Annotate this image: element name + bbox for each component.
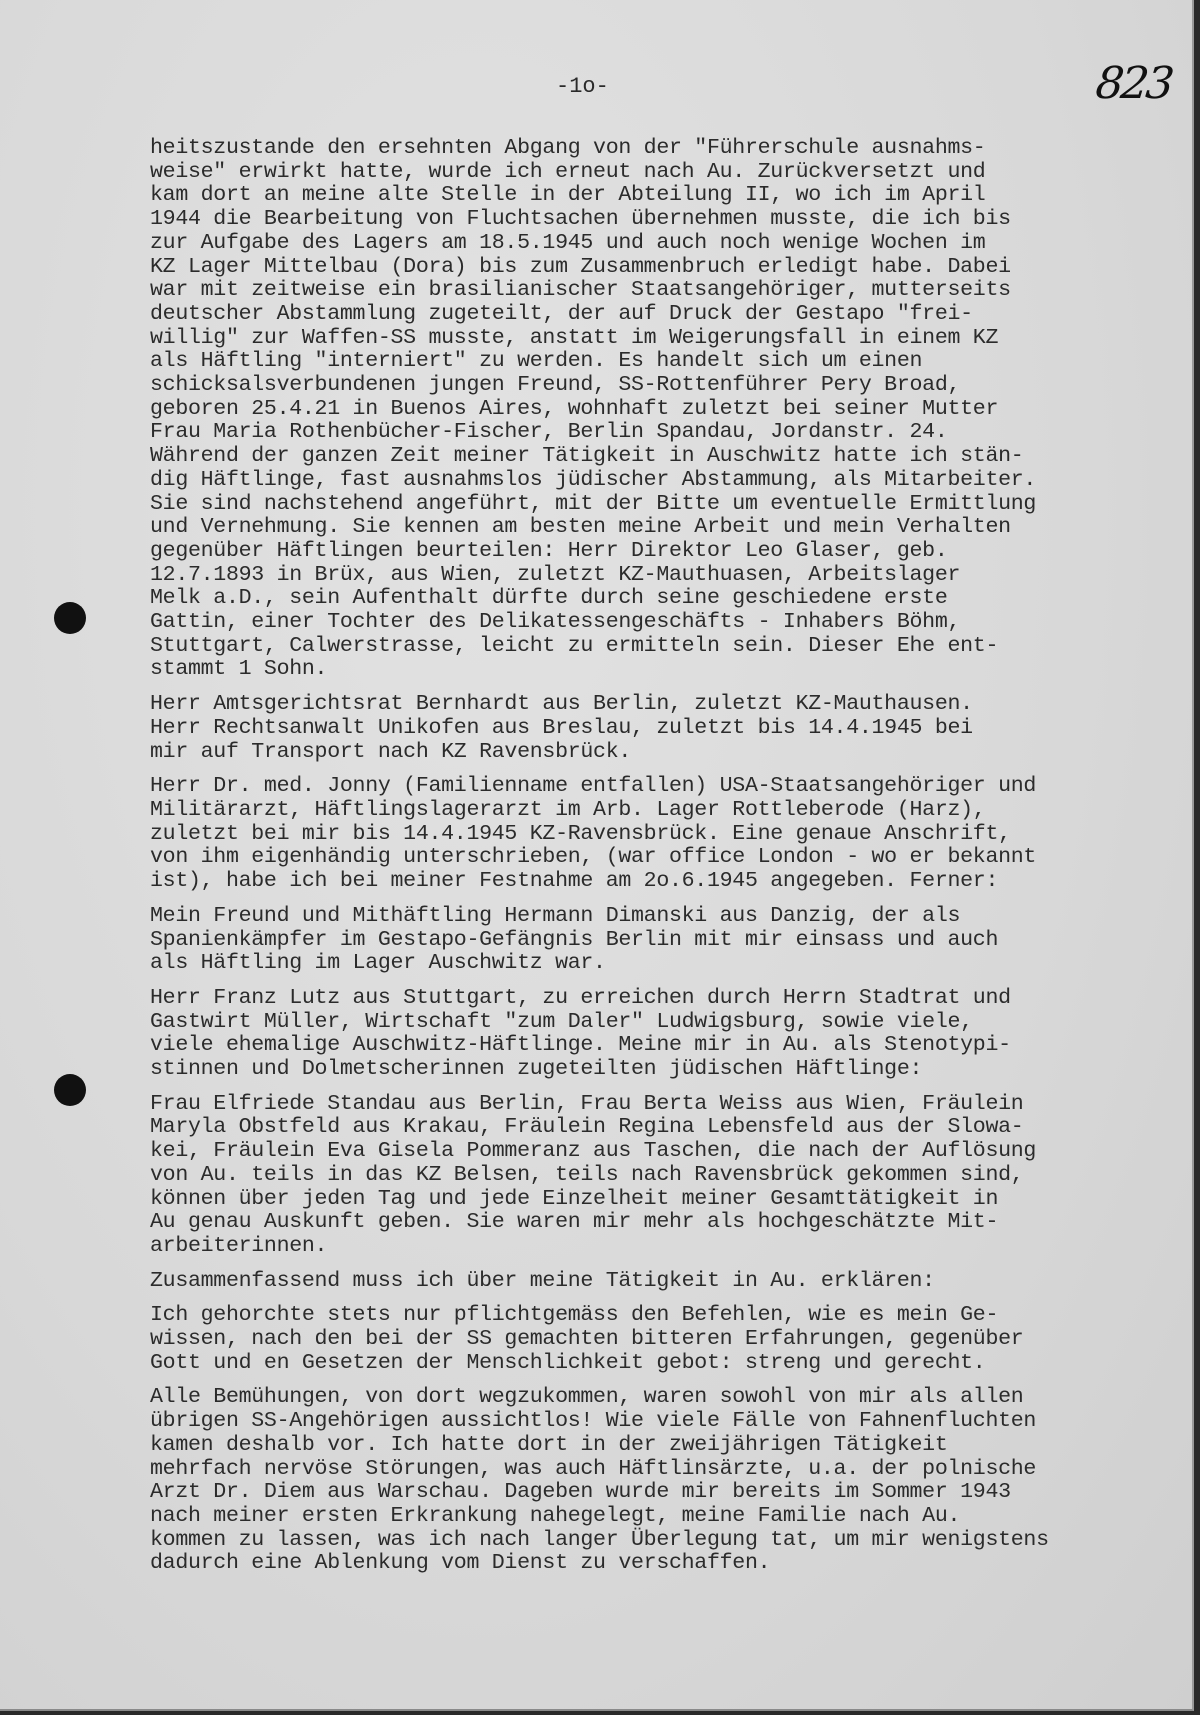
text-line: stinnen und Dolmetscherinnen zugeteilten… xyxy=(150,1058,1190,1082)
text-line: viele ehemalige Auschwitz-Häftlinge. Mei… xyxy=(150,1034,1190,1058)
text-line: Alle Bemühungen, von dort wegzukommen, w… xyxy=(150,1386,1190,1410)
paragraph: Zusammenfassend muss ich über meine Täti… xyxy=(150,1270,1190,1294)
text-line: geboren 25.4.21 in Buenos Aires, wohnhaf… xyxy=(150,398,1190,422)
text-line: als Häftling "interniert" zu werden. Es … xyxy=(150,350,1190,374)
text-line: schicksalsverbundenen jungen Freund, SS-… xyxy=(150,374,1190,398)
text-line: deutscher Abstammlung zugeteilt, der auf… xyxy=(150,303,1190,327)
text-line: gegenüber Häftlingen beurteilen: Herr Di… xyxy=(150,540,1190,564)
text-line: KZ Lager Mittelbau (Dora) bis zum Zusamm… xyxy=(150,256,1190,280)
text-line: stammt 1 Sohn. xyxy=(150,658,1190,682)
document-page: -1o- 823 heitszustande den ersehnten Abg… xyxy=(0,0,1194,1711)
text-line: zur Aufgabe des Lagers am 18.5.1945 und … xyxy=(150,232,1190,256)
paragraph: Herr Amtsgerichtsrat Bernhardt aus Berli… xyxy=(150,693,1190,764)
paragraph: Herr Dr. med. Jonny (Familienname entfal… xyxy=(150,775,1190,894)
page-number: -1o- xyxy=(556,74,609,99)
text-line: 12.7.1893 in Brüx, aus Wien, zuletzt KZ-… xyxy=(150,564,1190,588)
punch-hole-icon xyxy=(54,602,86,634)
text-line: mehrfach nervöse Störungen, was auch Häf… xyxy=(150,1458,1190,1482)
paragraph: Alle Bemühungen, von dort wegzukommen, w… xyxy=(150,1386,1190,1576)
text-line: wissen, nach den bei der SS gemachten bi… xyxy=(150,1328,1190,1352)
punch-hole-icon xyxy=(54,1074,86,1106)
text-line: weise" erwirkt hatte, wurde ich erneut n… xyxy=(150,161,1190,185)
text-line: Gattin, einer Tochter des Delikatessenge… xyxy=(150,611,1190,635)
text-line: mir auf Transport nach KZ Ravensbrück. xyxy=(150,741,1190,765)
text-line: und Vernehmung. Sie kennen am besten mei… xyxy=(150,516,1190,540)
text-line: 1944 die Bearbeitung von Fluchtsachen üb… xyxy=(150,208,1190,232)
text-line: willig" zur Waffen-SS musste, anstatt im… xyxy=(150,327,1190,351)
text-line: Zusammenfassend muss ich über meine Täti… xyxy=(150,1270,1190,1294)
paragraph: Herr Franz Lutz aus Stuttgart, zu erreic… xyxy=(150,987,1190,1082)
typewritten-body: heitszustande den ersehnten Abgang von d… xyxy=(150,137,1190,1587)
text-line: von ihm eigenhändig unterschrieben, (war… xyxy=(150,846,1190,870)
text-line: nach meiner ersten Erkrankung nahegelegt… xyxy=(150,1505,1190,1529)
text-line: kommen zu lassen, was ich nach langer Üb… xyxy=(150,1529,1190,1553)
paragraph: Frau Elfriede Standau aus Berlin, Frau B… xyxy=(150,1093,1190,1259)
text-line: kei, Fräulein Eva Gisela Pommeranz aus T… xyxy=(150,1140,1190,1164)
text-line: Gott und en Gesetzen der Menschlichkeit … xyxy=(150,1352,1190,1376)
text-line: dadurch eine Ablenkung vom Dienst zu ver… xyxy=(150,1552,1190,1576)
text-line: Herr Dr. med. Jonny (Familienname entfal… xyxy=(150,775,1190,799)
text-line: zuletzt bei mir bis 14.4.1945 KZ-Ravensb… xyxy=(150,823,1190,847)
text-line: Frau Maria Rothenbücher-Fischer, Berlin … xyxy=(150,421,1190,445)
paragraph: heitszustande den ersehnten Abgang von d… xyxy=(150,137,1190,682)
text-line: kam dort an meine alte Stelle in der Abt… xyxy=(150,184,1190,208)
text-line: Stuttgart, Calwerstrasse, leicht zu ermi… xyxy=(150,635,1190,659)
text-line: war mit zeitweise ein brasilianischer St… xyxy=(150,279,1190,303)
text-line: Spanienkämpfer im Gestapo-Gefängnis Berl… xyxy=(150,929,1190,953)
text-line: Herr Amtsgerichtsrat Bernhardt aus Berli… xyxy=(150,693,1190,717)
text-line: heitszustande den ersehnten Abgang von d… xyxy=(150,137,1190,161)
text-line: Maryla Obstfeld aus Krakau, Fräulein Reg… xyxy=(150,1116,1190,1140)
text-line: übrigen SS-Angehörigen aussichtlos! Wie … xyxy=(150,1410,1190,1434)
text-line: Sie sind nachstehend angeführt, mit der … xyxy=(150,493,1190,517)
text-line: Mein Freund und Mithäftling Hermann Dima… xyxy=(150,905,1190,929)
text-line: Gastwirt Müller, Wirtschaft "zum Daler" … xyxy=(150,1011,1190,1035)
text-line: Herr Franz Lutz aus Stuttgart, zu erreic… xyxy=(150,987,1190,1011)
text-line: arbeiterinnen. xyxy=(150,1235,1190,1259)
paragraph: Ich gehorchte stets nur pflichtgemäss de… xyxy=(150,1304,1190,1375)
handwritten-folio-number: 823 xyxy=(1093,58,1173,109)
text-line: können über jeden Tag und jede Einzelhei… xyxy=(150,1188,1190,1212)
text-line: ist), habe ich bei meiner Festnahme am 2… xyxy=(150,870,1190,894)
text-line: Militärarzt, Häftlingslagerarzt im Arb. … xyxy=(150,799,1190,823)
paragraph: Mein Freund und Mithäftling Hermann Dima… xyxy=(150,905,1190,976)
text-line: Ich gehorchte stets nur pflichtgemäss de… xyxy=(150,1304,1190,1328)
text-line: Während der ganzen Zeit meiner Tätigkeit… xyxy=(150,445,1190,469)
text-line: Arzt Dr. Diem aus Warschau. Dageben wurd… xyxy=(150,1481,1190,1505)
text-line: Au genau Auskunft geben. Sie waren mir m… xyxy=(150,1211,1190,1235)
text-line: Herr Rechtsanwalt Unikofen aus Breslau, … xyxy=(150,717,1190,741)
text-line: Frau Elfriede Standau aus Berlin, Frau B… xyxy=(150,1093,1190,1117)
text-line: Melk a.D., sein Aufenthalt dürfte durch … xyxy=(150,587,1190,611)
text-line: kamen deshalb vor. Ich hatte dort in der… xyxy=(150,1434,1190,1458)
text-line: von Au. teils in das KZ Belsen, teils na… xyxy=(150,1164,1190,1188)
text-line: als Häftling im Lager Auschwitz war. xyxy=(150,952,1190,976)
text-line: dig Häftlinge, fast ausnahmslos jüdische… xyxy=(150,469,1190,493)
